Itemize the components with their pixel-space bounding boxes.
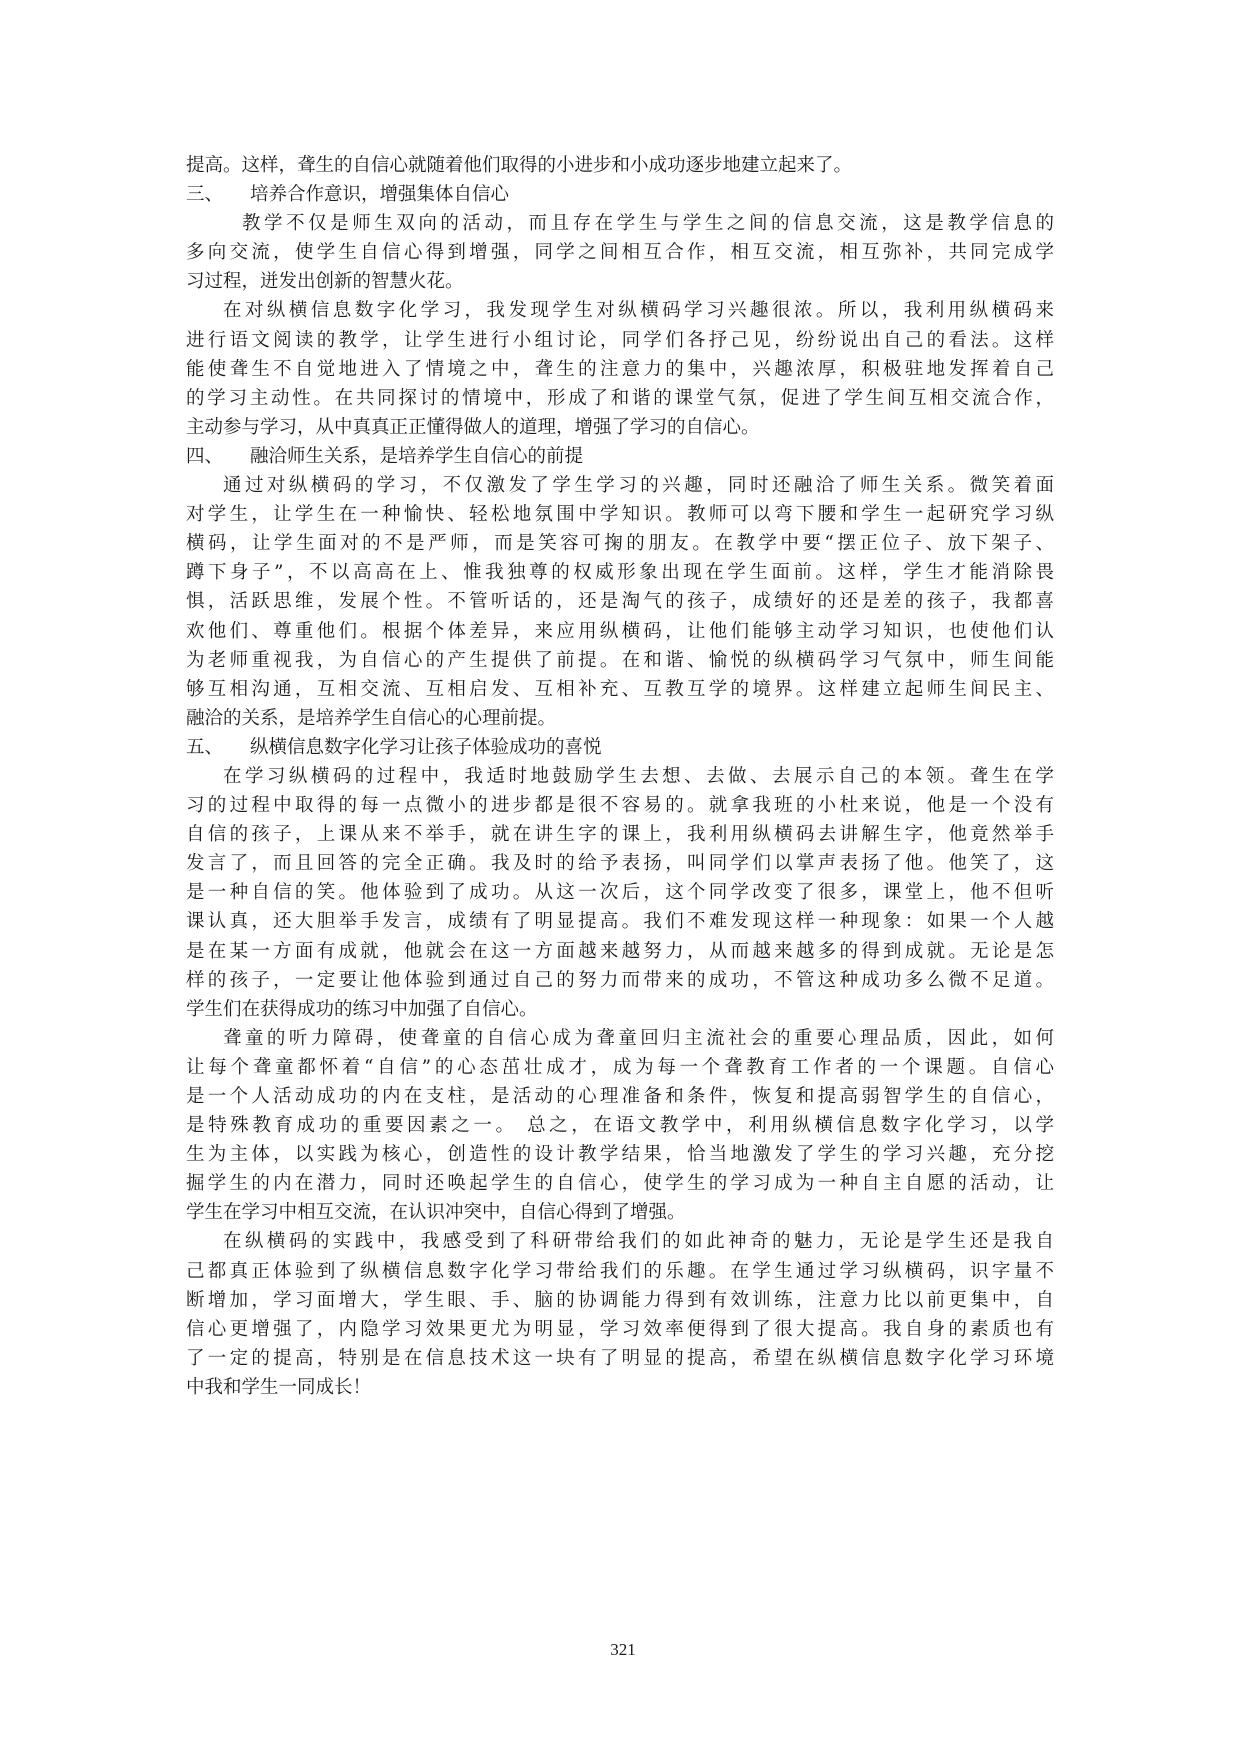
- section-title: 融洽师生关系，是培养学生自信心的前提: [250, 446, 583, 467]
- section-number: 五、: [186, 733, 250, 762]
- text-line: 为老师重视我，为自信心的产生提供了前提。在和谐、愉悦的纵横码学习气氛中，师生间能: [186, 646, 1054, 675]
- document-page: 提高。这样，聋生的自信心就随着他们取得的小进步和小成功逐步地建立起来了。 三、培…: [0, 0, 1246, 1763]
- text-line: 蹲下身子”，不以高高在上、惟我独尊的权威形象出现在学生面前。这样，学生才能消除畏: [186, 558, 1054, 587]
- text-line: 是一个人活动成功的内在支柱，是活动的心理准备和条件，恢复和提高弱智学生的自信心，: [186, 1082, 1054, 1111]
- section-heading-3: 三、培养合作意识，增强集体自信心: [186, 180, 1054, 209]
- text-line: 己都真正体验到了纵横信息数字化学习带给我们的乐趣。在学生通过学习纵横码，识字量不: [186, 1257, 1054, 1286]
- text-line: 课认真，还大胆举手发言，成绩有了明显提高。我们不难发现这样一种现象：如果一个人越: [186, 907, 1054, 936]
- text-line: 习的过程中取得的每一点微小的进步都是很不容易的。就拿我班的小杜来说，他是一个没有: [186, 791, 1054, 820]
- text-line: 中我和学生一同成长！: [186, 1373, 1054, 1402]
- document-body: 提高。这样，聋生的自信心就随着他们取得的小进步和小成功逐步地建立起来了。 三、培…: [186, 151, 1054, 1402]
- text-line: 通过对纵横码的学习，不仅激发了学生学习的兴趣，同时还融洽了师生关系。微笑着面: [186, 471, 1054, 500]
- section-heading-5: 五、纵横信息数字化学习让孩子体验成功的喜悦: [186, 733, 1054, 762]
- text-line: 在纵横码的实践中，我感受到了科研带给我们的如此神奇的魅力，无论是学生还是我自: [186, 1227, 1054, 1256]
- text-line: 在对纵横信息数字化学习，我发现学生对纵横码学习兴趣很浓。所以，我利用纵横码来: [186, 296, 1054, 325]
- text-line: 的学习主动性。在共同探讨的情境中，形成了和谐的课堂气氛，促进了学生间互相交流合作…: [186, 384, 1054, 413]
- paragraph: 在学习纵横码的过程中，我适时地鼓励学生去想、去做、去展示自己的本领。聋生在学 习…: [186, 762, 1054, 1024]
- text-line: 发言了，而且回答的完全正确。我及时的给予表扬，叫同学们以掌声表扬了他。他笑了，这: [186, 849, 1054, 878]
- text-line: 是一种自信的笑。他体验到了成功。从这一次后，这个同学改变了很多，课堂上，他不但听: [186, 878, 1054, 907]
- page-number: 321: [0, 1640, 1246, 1660]
- text-line: 惧，活跃思维，发展个性。不管听话的，还是淘气的孩子，成绩好的还是差的孩子，我都喜: [186, 587, 1054, 616]
- text-line: 了一定的提高，特别是在信息技术这一块有了明显的提高，希望在纵横信息数字化学习环境: [186, 1344, 1054, 1373]
- text-line: 学生们在获得成功的练习中加强了自信心。: [186, 995, 1054, 1024]
- text-line: 掘学生的内在潜力，同时还唤起学生的自信心，使学生的学习成为一种自主自愿的活动，让: [186, 1169, 1054, 1198]
- text-line: 对学生，让学生在一种愉快、轻松地氛围中学知识。教师可以弯下腰和学生一起研究学习纵: [186, 500, 1054, 529]
- text-line: 样的孩子，一定要让他体验到通过自己的努力而带来的成功，不管这种成功多么微不足道。: [186, 966, 1054, 995]
- section-title: 纵横信息数字化学习让孩子体验成功的喜悦: [250, 737, 602, 758]
- text-line: 学生在学习中相互交流，在认识冲突中，自信心得到了增强。: [186, 1198, 1054, 1227]
- paragraph: 教学不仅是师生双向的活动，而且存在学生与学生之间的信息交流，这是教学信息的 多向…: [186, 209, 1054, 296]
- text-line: 自信的孩子，上课从来不举手，就在讲生字的课上，我利用纵横码去讲解生字，他竟然举手: [186, 820, 1054, 849]
- text-line: 能使聋生不自觉地进入了情境之中，聋生的注意力的集中，兴趣浓厚，积极驻地发挥着自己: [186, 355, 1054, 384]
- paragraph: 在对纵横信息数字化学习，我发现学生对纵横码学习兴趣很浓。所以，我利用纵横码来 进…: [186, 296, 1054, 441]
- text-line: 主动参与学习，从中真真正正懂得做人的道理，增强了学习的自信心。: [186, 413, 1054, 442]
- text-line: 习过程，迸发出创新的智慧火花。: [186, 267, 1054, 296]
- text-line: 够互相沟通，互相交流、互相启发、互相补充、互教互学的境界。这样建立起师生间民主、: [186, 675, 1054, 704]
- text-line: 让每个聋童都怀着“自信”的心态茁壮成才，成为每一个聋教育工作者的一个课题。自信心: [186, 1053, 1054, 1082]
- text-line: 是特殊教育成功的重要因素之一。 总之，在语文教学中，利用纵横信息数字化学习，以学: [186, 1111, 1054, 1140]
- text-line: 横码，让学生面对的不是严师，而是笑容可掬的朋友。在教学中要“摆正位子、放下架子、: [186, 529, 1054, 558]
- text-line: 教学不仅是师生双向的活动，而且存在学生与学生之间的信息交流，这是教学信息的: [186, 209, 1054, 238]
- section-number: 三、: [186, 180, 250, 209]
- text-line: 多向交流，使学生自信心得到增强，同学之间相互合作，相互交流，相互弥补，共同完成学: [186, 238, 1054, 267]
- text-line: 是在某一方面有成就，他就会在这一方面越来越努力，从而越来越多的得到成就。无论是怎: [186, 937, 1054, 966]
- text-line: 断增加，学习面增大，学生眼、手、脑的协调能力得到有效训练，注意力比以前更集中，自: [186, 1286, 1054, 1315]
- section-title: 培养合作意识，增强集体自信心: [250, 184, 509, 205]
- text-line: 欢他们、尊重他们。根据个体差异，来应用纵横码，让他们能够主动学习知识，也使他们认: [186, 617, 1054, 646]
- section-heading-4: 四、融洽师生关系，是培养学生自信心的前提: [186, 442, 1054, 471]
- paragraph: 通过对纵横码的学习，不仅激发了学生学习的兴趣，同时还融洽了师生关系。微笑着面 对…: [186, 471, 1054, 733]
- text-line: 聋童的听力障碍，使聋童的自信心成为聋童回归主流社会的重要心理品质，因此，如何: [186, 1024, 1054, 1053]
- section-number: 四、: [186, 442, 250, 471]
- text-line: 提高。这样，聋生的自信心就随着他们取得的小进步和小成功逐步地建立起来了。: [186, 151, 1054, 180]
- paragraph: 聋童的听力障碍，使聋童的自信心成为聋童回归主流社会的重要心理品质，因此，如何 让…: [186, 1024, 1054, 1228]
- text-line: 融洽的关系，是培养学生自信心的心理前提。: [186, 704, 1054, 733]
- text-line: 信心更增强了，内隐学习效果更尤为明显，学习效率便得到了很大提高。我自身的素质也有: [186, 1315, 1054, 1344]
- text-line: 在学习纵横码的过程中，我适时地鼓励学生去想、去做、去展示自己的本领。聋生在学: [186, 762, 1054, 791]
- paragraph-continuation: 提高。这样，聋生的自信心就随着他们取得的小进步和小成功逐步地建立起来了。: [186, 151, 1054, 180]
- text-line: 生为主体，以实践为核心，创造性的设计教学结果，恰当地激发了学生的学习兴趣，充分挖: [186, 1140, 1054, 1169]
- text-line: 进行语文阅读的教学，让学生进行小组讨论，同学们各抒己见，纷纷说出自己的看法。这样: [186, 326, 1054, 355]
- paragraph: 在纵横码的实践中，我感受到了科研带给我们的如此神奇的魅力，无论是学生还是我自 己…: [186, 1227, 1054, 1402]
